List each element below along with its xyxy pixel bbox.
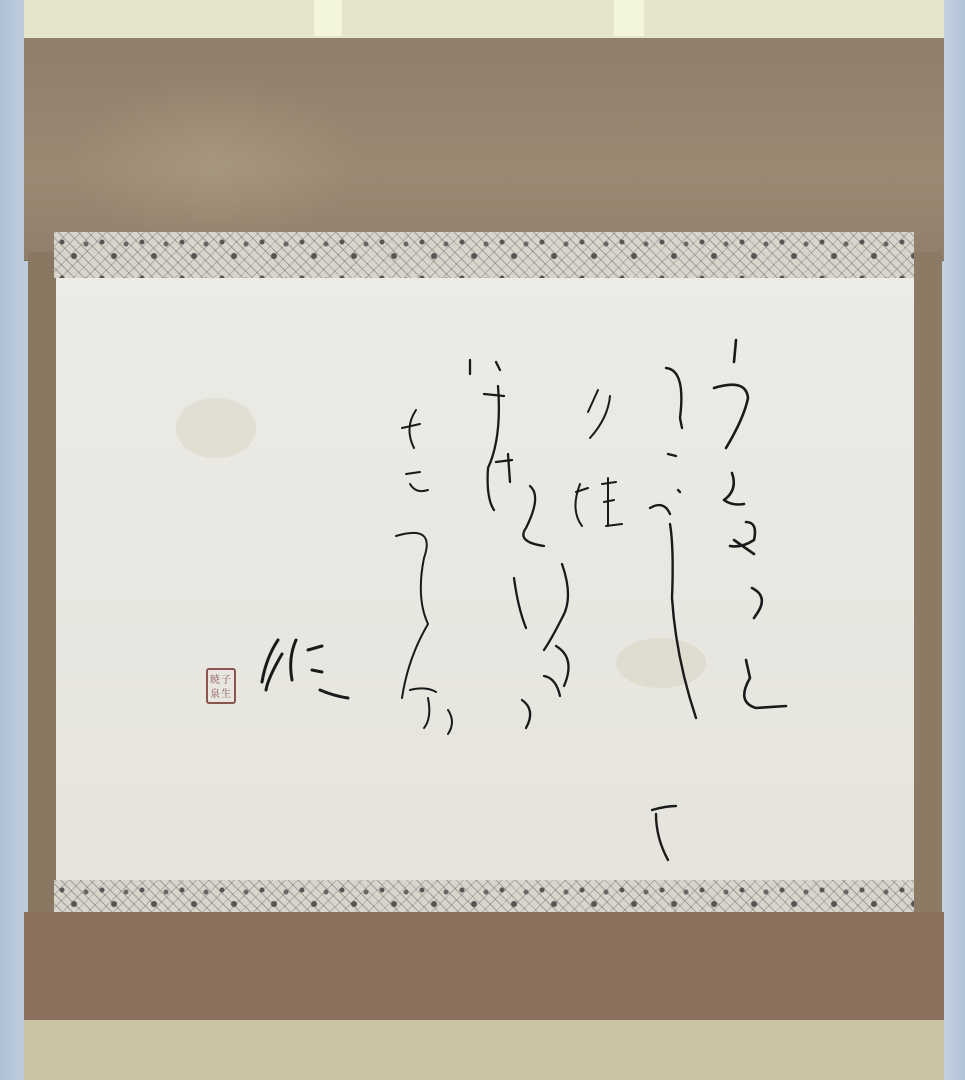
hanging-scroll: 暁 子 泉 生	[24, 30, 944, 1080]
calligraphy-column-3	[575, 390, 622, 526]
calligraphy-column-1	[714, 340, 786, 708]
seal-glyph: 泉	[210, 685, 220, 700]
seal-glyph: 生	[221, 685, 231, 700]
top-ichimonji-band	[54, 232, 914, 278]
lower-mount-panel	[24, 912, 944, 1020]
seal-glyph: 暁	[210, 671, 220, 686]
calligraphy-column-4	[470, 360, 569, 728]
calligraphy-column-5	[396, 410, 452, 734]
calligraphy-ink	[56, 278, 914, 880]
upper-mount-panel	[24, 38, 944, 261]
calligraphy-column-2	[650, 368, 696, 860]
left-mount-border	[28, 252, 58, 942]
seal-glyph: 子	[221, 671, 231, 686]
calligraphy-sheet: 暁 子 泉 生	[56, 278, 914, 880]
bottom-roller-paper	[24, 1020, 944, 1080]
bottom-ichimonji-band	[54, 880, 914, 914]
artist-signature	[262, 640, 348, 698]
right-mount-border	[914, 252, 942, 942]
red-artist-seal: 暁 子 泉 生	[206, 668, 236, 704]
